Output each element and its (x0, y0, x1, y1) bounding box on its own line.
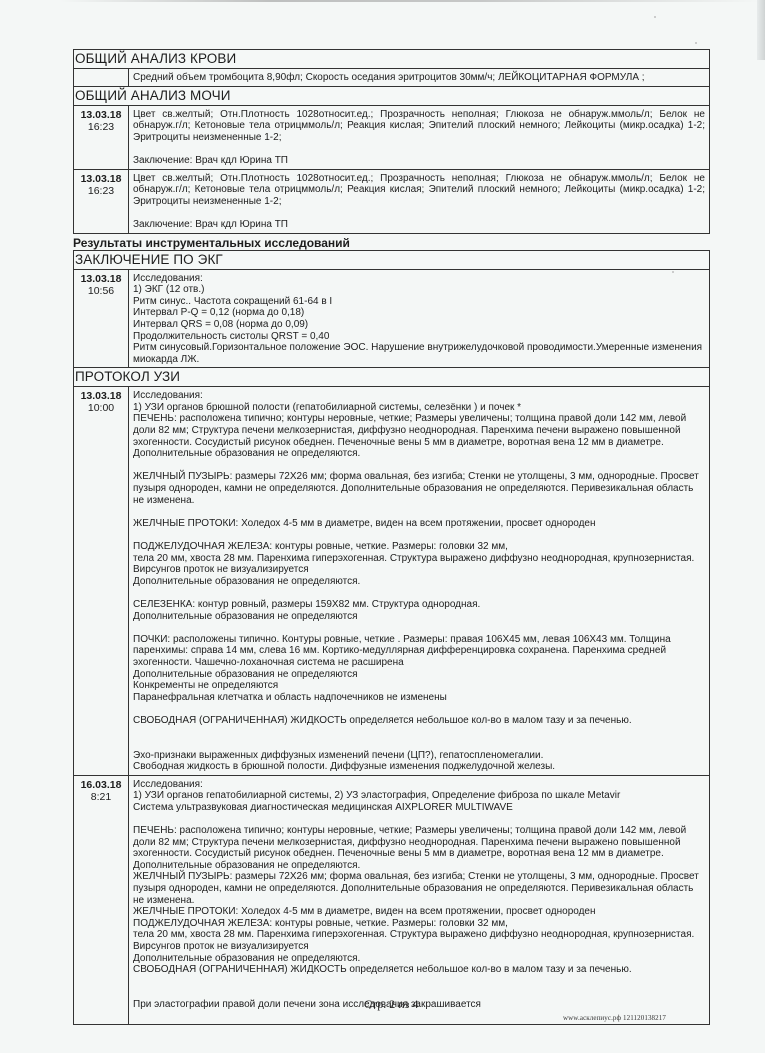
bile-ducts-finding: ЖЕЛЧНЫЕ ПРОТОКИ: Холедох 4-5 мм в диамет… (133, 906, 705, 918)
ultrasound-results: Исследования: 1) УЗИ органов гепатобилиа… (129, 776, 709, 1024)
urine-test-row: 13.03.18 16:23 Цвет св.желтый; Отн.Плотн… (73, 169, 710, 233)
urine-test-results: Цвет св.желтый; Отн.Плотность 1028относи… (129, 170, 709, 233)
ultrasound-device: Система ультразвуковая диагностическая м… (133, 802, 705, 814)
ecg-line: 1) ЭКГ (12 отв.) (133, 284, 705, 296)
pancreas-finding: ПОДЖЕЛУДОЧНАЯ ЖЕЛЕЗА: контуры ровные, че… (133, 541, 705, 553)
entry-date: 13.03.18 (74, 273, 128, 285)
kidneys-finding: Дополнительные образования не определяют… (133, 669, 705, 681)
free-fluid-finding: СВОБОДНАЯ (ОГРАНИЧЕННАЯ) ЖИДКОСТЬ опреде… (133, 715, 705, 727)
spleen-finding: СЕЛЕЗЕНКА: контур ровный, размеры 159Х82… (133, 599, 705, 611)
entry-time: 10:00 (74, 402, 128, 414)
pancreas-finding: Дополнительные образования не определяют… (133, 576, 705, 588)
section-title-urine-test: ОБЩИЙ АНАЛИЗ МОЧИ (73, 86, 710, 105)
date-cell: 13.03.18 16:23 (74, 106, 129, 169)
pancreas-finding: тела 20 мм, хвоста 28 мм. Паренхима гипе… (133, 553, 705, 565)
page-number: Стр. 2 из 4 (364, 997, 418, 1012)
entry-time: 16:23 (74, 185, 128, 197)
liver-extra: Дополнительные образования не определяют… (133, 860, 705, 872)
ecg-line: Продолжительность систолы QRST = 0,40 (133, 331, 705, 343)
liver-finding: ПЕЧЕНЬ: расположена типично; контуры нер… (133, 413, 705, 448)
entry-date: 13.03.18 (74, 109, 128, 121)
ecg-line: Интервал QRS = 0,08 (норма до 0,09) (133, 319, 705, 331)
instrumental-results-heading: Результаты инструментальных исследований (73, 236, 710, 251)
scan-edge-top (60, 0, 760, 2)
study-intro: Исследования: (133, 779, 705, 791)
study-name: 1) УЗИ органов брюшной полости (гепатоби… (133, 402, 705, 414)
entry-date: 13.03.18 (74, 390, 128, 402)
urine-test-results: Цвет св.желтый; Отн.Плотность 1028относи… (129, 106, 709, 169)
ultrasound-row: 13.03.18 10:00 Исследования: 1) УЗИ орга… (73, 386, 710, 774)
entry-time: 10:56 (74, 285, 128, 297)
gallbladder-finding: ЖЕЛЧНЫЙ ПУЗЫРЬ: размеры 72Х26 мм; форма … (133, 871, 705, 906)
date-cell: 16.03.18 8:21 (74, 776, 129, 1024)
liver-finding: ПЕЧЕНЬ: расположена типично; контуры нер… (133, 825, 705, 860)
liver-extra: Дополнительные образования не определяют… (133, 448, 705, 460)
date-cell: 13.03.18 16:23 (74, 170, 129, 233)
section-title-ecg: ЗАКЛЮЧЕНИЕ ПО ЭКГ (73, 251, 710, 269)
kidneys-finding: ПОЧКИ: расположены типично. Контуры ровн… (133, 634, 705, 669)
ecg-row: 13.03.18 10:56 Исследования: 1) ЭКГ (12 … (73, 269, 710, 368)
section-title-ultrasound: ПРОТОКОЛ УЗИ (73, 367, 710, 386)
pancreas-finding: тела 20 мм, хвоста 28 мм. Паренхима гипе… (133, 929, 705, 941)
study-name: 1) УЗИ органов гепатобилиарной системы, … (133, 790, 705, 802)
ecg-results: Исследования: 1) ЭКГ (12 отв.) Ритм сину… (129, 270, 709, 368)
ultrasound-results: Исследования: 1) УЗИ органов брюшной пол… (129, 387, 709, 774)
scan-speck (672, 271, 674, 273)
urine-test-conclusion: Заключение: Врач кдл Юрина ТП (133, 219, 705, 231)
blood-test-row: Средний объем тромбоцита 8,90фл; Скорост… (73, 68, 710, 86)
entry-time: 8:21 (74, 791, 128, 803)
study-intro: Исследования: (133, 390, 705, 402)
ultrasound-conclusion: Эхо-признаки выраженных диффузных измене… (133, 750, 705, 762)
ecg-line: Интервал P-Q = 0,12 (норма до 0,18) (133, 307, 705, 319)
pancreas-finding: Вирсунгов проток не визуализируется (133, 564, 705, 576)
blood-test-text: Средний объем тромбоцита 8,90фл; Скорост… (133, 72, 705, 84)
urine-test-text: Цвет св.желтый; Отн.Плотность 1028относи… (133, 109, 705, 144)
elastography-note: При эластографии правой доли печени зона… (133, 999, 705, 1011)
bile-ducts-finding: ЖЕЛЧНЫЕ ПРОТОКИ: Холедох 4-5 мм в диамет… (133, 518, 705, 530)
urine-test-conclusion: Заключение: Врач кдл Юрина ТП (133, 155, 705, 167)
kidneys-finding: Конкременты не определяются (133, 680, 705, 692)
blood-test-results: Средний объем тромбоцита 8,90фл; Скорост… (129, 69, 709, 86)
date-cell: 13.03.18 10:00 (74, 387, 129, 774)
ecg-line: Исследования: (133, 273, 705, 285)
ecg-line: Ритм синус.. Частота сокращений 61-64 в … (133, 296, 705, 308)
urine-test-row: 13.03.18 16:23 Цвет св.желтый; Отн.Плотн… (73, 105, 710, 169)
section-title-blood-test: ОБЩИЙ АНАЛИЗ КРОВИ (73, 49, 710, 68)
ecg-line: Ритм синусовый.Горизонтальное положение … (133, 342, 705, 365)
urine-test-text: Цвет св.желтый; Отн.Плотность 1028относи… (133, 173, 705, 208)
footer-url: www.асклепиус.рф 121120138217 (563, 1014, 666, 1022)
gallbladder-finding: ЖЕЛЧНЫЙ ПУЗЫРЬ: размеры 72Х26 мм; форма … (133, 471, 705, 506)
scan-speck (654, 16, 656, 18)
pancreas-finding: ПОДЖЕЛУДОЧНАЯ ЖЕЛЕЗА: контуры ровные, че… (133, 918, 705, 930)
ultrasound-row: 16.03.18 8:21 Исследования: 1) УЗИ орган… (73, 775, 710, 1025)
date-cell: 13.03.18 10:56 (74, 270, 129, 368)
spleen-finding: Дополнительные образования не определяют… (133, 611, 705, 623)
pancreas-finding: Дополнительные образования не определяют… (133, 953, 705, 965)
pancreas-finding: Вирсунгов проток не визуализируется (133, 941, 705, 953)
date-cell-empty (74, 69, 129, 86)
kidneys-finding: Паранефральная клетчатка и область надпо… (133, 692, 705, 704)
entry-date: 16.03.18 (74, 779, 128, 791)
entry-date: 13.03.18 (74, 173, 128, 185)
scan-edge-right (757, 0, 765, 60)
ultrasound-conclusion: Свободная жидкость в брюшной полости. Ди… (133, 761, 705, 773)
medical-record-page: ОБЩИЙ АНАЛИЗ КРОВИ Средний объем тромбоц… (73, 49, 710, 1025)
scan-speck (695, 42, 697, 44)
entry-time: 16:23 (74, 121, 128, 133)
free-fluid-finding: СВОБОДНАЯ (ОГРАНИЧЕННАЯ) ЖИДКОСТЬ опреде… (133, 964, 705, 976)
